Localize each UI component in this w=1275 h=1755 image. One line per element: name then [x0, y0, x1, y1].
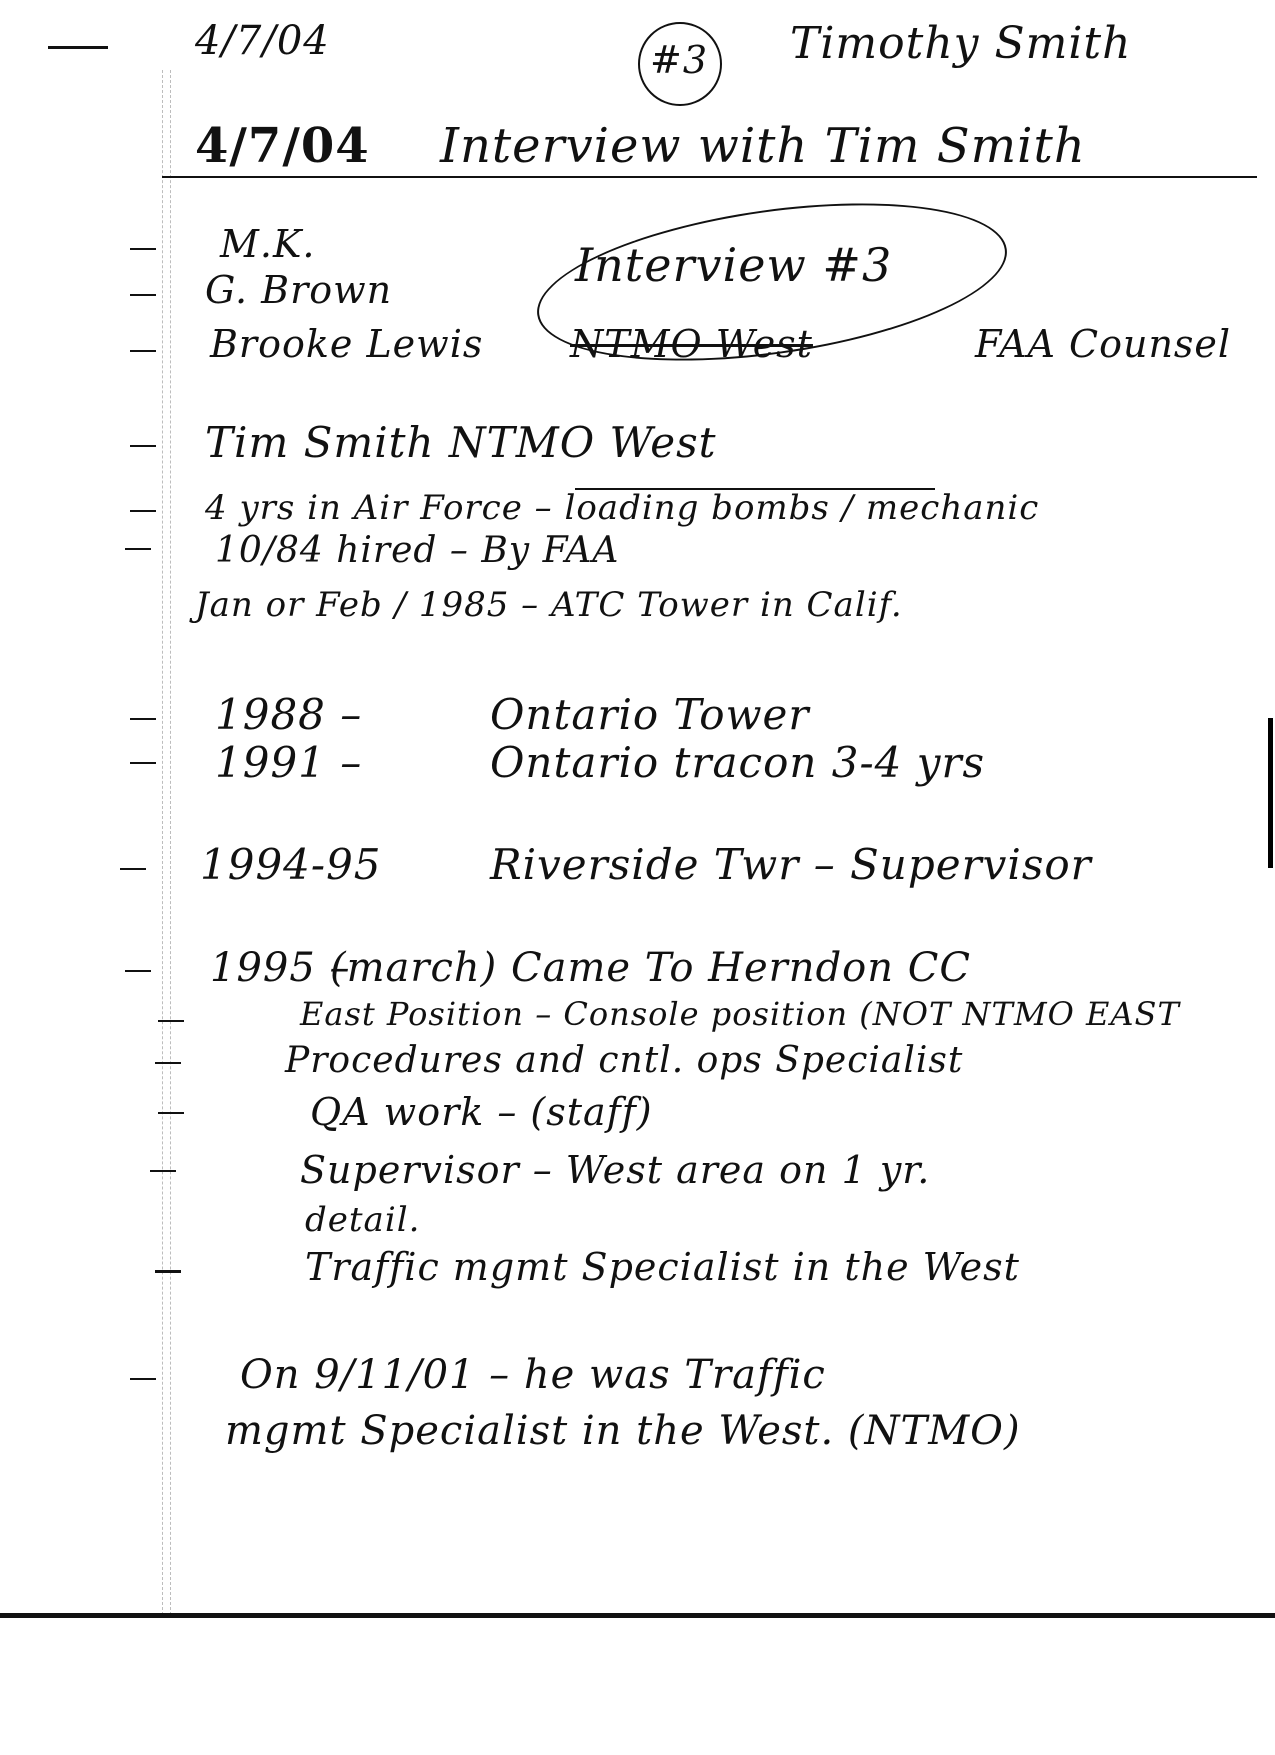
- career-desc: Ontario Tower: [490, 690, 809, 739]
- closing-line-1: On 9/11/01 – he was Traffic: [240, 1352, 826, 1398]
- bullet-dash: [130, 445, 156, 447]
- bullet-dash: [155, 1062, 181, 1064]
- background-line: Tim Smith NTMO West: [205, 418, 717, 467]
- title-underline: [162, 176, 1257, 178]
- herndon-role: Traffic mgmt Specialist in the West: [305, 1245, 1020, 1289]
- attendee-struck-title: NTMO West: [570, 322, 813, 366]
- herndon-role: East Position – Console position (NOT NT…: [300, 995, 1180, 1033]
- interview-badge: #3: [650, 38, 708, 82]
- attendee-role: FAA Counsel: [975, 322, 1231, 366]
- herndon-role: Supervisor – West area on 1 yr.: [300, 1148, 930, 1192]
- career-year: 1991 –: [215, 738, 362, 787]
- interview-oval-label: Interview #3: [575, 238, 892, 292]
- bullet-dash: [120, 868, 146, 870]
- interviewee-name: Timothy Smith: [790, 18, 1131, 69]
- bullet-dash: [150, 1170, 176, 1172]
- bullet-dash: [125, 970, 151, 972]
- bullet-dash: [158, 1020, 184, 1022]
- herndon-role: QA work – (staff): [310, 1090, 653, 1134]
- career-desc: Riverside Twr – Supervisor: [490, 840, 1092, 889]
- career-year: 1988 –: [215, 690, 362, 739]
- scan-edge-bar: [1268, 718, 1273, 868]
- background-line: 10/84 hired – By FAA: [215, 530, 619, 571]
- date-small: 4/7/04: [195, 18, 330, 64]
- bullet-dash: [130, 294, 156, 296]
- bullet-dash: [158, 1112, 184, 1114]
- bullet-dash: [130, 248, 156, 250]
- background-line: Jan or Feb / 1985 – ATC Tower in Calif.: [195, 585, 903, 625]
- attendee-mk: M.K.: [220, 222, 315, 266]
- bullet-dash: [130, 762, 156, 764]
- bullet-dash: [130, 1378, 156, 1380]
- date-large: 4/7/04: [195, 118, 370, 174]
- herndon-role-continuation: detail.: [305, 1200, 420, 1240]
- career-desc: (march) Came To Herndon CC: [330, 945, 971, 991]
- bullet-dash: [130, 510, 156, 512]
- bullet-dash: [125, 548, 151, 550]
- bottom-rule: [0, 1613, 1275, 1618]
- closing-line-2: mgmt Specialist in the West. (NTMO): [225, 1408, 1021, 1454]
- page-title: Interview with Tim Smith: [440, 118, 1086, 174]
- margin-line-right: [170, 70, 171, 1615]
- margin-line-left: [162, 70, 163, 1615]
- attendee-g-brown: G. Brown: [205, 268, 392, 312]
- background-line: 4 yrs in Air Force – loading bombs / mec…: [205, 488, 1039, 528]
- bullet-dash: [130, 350, 156, 352]
- bullet-dash: [155, 1270, 181, 1273]
- attendee-brooke-lewis: Brooke Lewis: [210, 322, 483, 366]
- career-year: 1994-95: [200, 840, 382, 889]
- bullet-dash: [130, 718, 156, 720]
- corner-dash: [48, 46, 108, 49]
- herndon-role: Procedures and cntl. ops Specialist: [285, 1040, 963, 1081]
- career-desc: Ontario tracon 3-4 yrs: [490, 738, 985, 787]
